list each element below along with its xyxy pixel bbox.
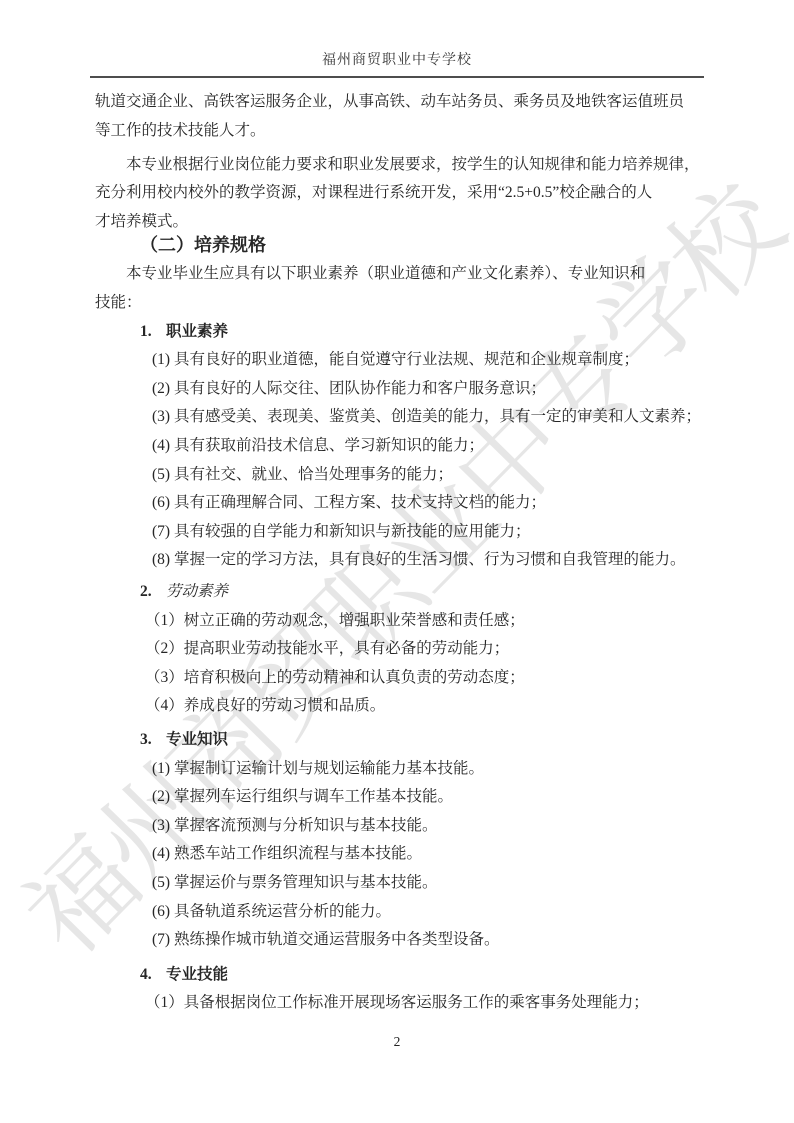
- subsection-number: 3.: [140, 726, 166, 755]
- list-item: (1) 具有良好的职业道德，能自觉遵守行业法规、规范和企业规章制度；: [95, 346, 707, 375]
- document-body: 轨道交通企业、高铁客运服务企业，从事高铁、动车站务员、乘务员及地铁客运值班员 等…: [95, 78, 707, 1018]
- paragraph-continued: 轨道交通企业、高铁客运服务企业，从事高铁、动车站务员、乘务员及地铁客运值班员 等…: [95, 88, 707, 145]
- paragraph-graduate-requirements: 本专业毕业生应具有以下职业素养（职业道德和产业文化素养）、专业知识和 技能：: [95, 260, 707, 317]
- subsection-title: 职业素养: [166, 323, 228, 340]
- subsection-title: 专业技能: [166, 966, 228, 983]
- list-item: （1）具备根据岗位工作标准开展现场客运服务工作的乘客事务处理能力；: [95, 989, 707, 1018]
- list-item: (5) 具有社交、就业、恰当处理事务的能力；: [95, 461, 707, 490]
- list-item: (4) 具有获取前沿技术信息、学习新知识的能力；: [95, 432, 707, 461]
- subsection-title: 专业知识: [166, 731, 228, 748]
- list-item: (2) 掌握列车运行组织与调车工作基本技能。: [95, 783, 707, 812]
- subsection-title: 劳动素养: [166, 583, 228, 600]
- list-item: (3) 具有感受美、表现美、鉴赏美、创造美的能力，具有一定的审美和人文素养；: [95, 403, 707, 432]
- list-item: （3）培育积极向上的劳动精神和认真负责的劳动态度；: [95, 664, 707, 693]
- list-item: (4) 熟悉车站工作组织流程与基本技能。: [95, 840, 707, 869]
- list-item: (5) 掌握运价与票务管理知识与基本技能。: [95, 869, 707, 898]
- page-number: 2: [394, 1034, 401, 1049]
- subsection-heading-professional-quality: 1.职业素养: [95, 318, 707, 347]
- page-footer: 2: [0, 1034, 794, 1050]
- list-item: (3) 掌握客流预测与分析知识与基本技能。: [95, 812, 707, 841]
- subsection-number: 2.: [140, 578, 166, 607]
- subsection-number: 4.: [140, 961, 166, 990]
- list-item: (2) 具有良好的人际交往、团队协作能力和客户服务意识；: [95, 375, 707, 404]
- subsection-heading-professional-skills: 4.专业技能: [95, 961, 707, 990]
- section-heading-training-specs: （二）培养规格: [95, 230, 707, 260]
- page-header: 福州商贸职业中专学校: [90, 0, 704, 78]
- subsection-heading-labor-quality: 2.劳动素养: [95, 578, 707, 607]
- list-item: (6) 具备轨道系统运营分析的能力。: [95, 898, 707, 927]
- list-item: （1）树立正确的劳动观念，增强职业荣誉感和责任感；: [95, 607, 707, 636]
- paragraph-training-mode: 本专业根据行业岗位能力要求和职业发展要求，按学生的认知规律和能力培养规律， 充分…: [95, 151, 707, 237]
- list-item: （2）提高职业劳动技能水平，具有必备的劳动能力；: [95, 635, 707, 664]
- list-item: (6) 具有正确理解合同、工程方案、技术支持文档的能力；: [95, 489, 707, 518]
- list-item: (1) 掌握制订运输计划与规划运输能力基本技能。: [95, 755, 707, 784]
- subsection-heading-professional-knowledge: 3.专业知识: [95, 726, 707, 755]
- header-title: 福州商贸职业中专学校: [322, 53, 472, 68]
- document-page: 福州商贸职业中专学校 福州商贸职业中专学校 轨道交通企业、高铁客运服务企业，从事…: [0, 0, 794, 1123]
- subsection-number: 1.: [140, 318, 166, 347]
- list-item: (7) 熟练操作城市轨道交通运营服务中各类型设备。: [95, 926, 707, 955]
- list-item: (8) 掌握一定的学习方法，具有良好的生活习惯、行为习惯和自我管理的能力。: [95, 546, 707, 575]
- list-item: （4）养成良好的劳动习惯和品质。: [95, 692, 707, 721]
- list-item: (7) 具有较强的自学能力和新知识与新技能的应用能力；: [95, 518, 707, 547]
